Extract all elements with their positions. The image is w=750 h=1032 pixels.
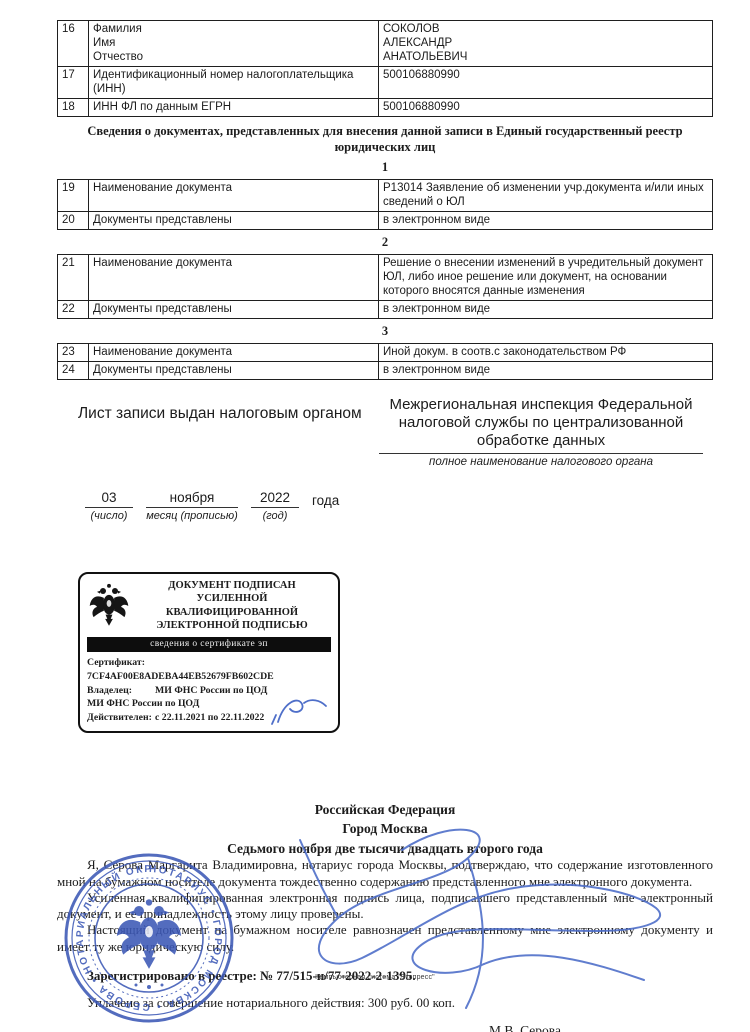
- documents-table-2: 21 Наименование документа Решение о внес…: [57, 254, 713, 319]
- cell-num: 19: [58, 180, 89, 212]
- owner-label: Владелец:: [87, 684, 155, 698]
- date-day-value: 03: [85, 490, 133, 508]
- validity-line: Действителен:с 22.11.2021 по 22.11.2022: [87, 711, 331, 725]
- cell-num: 24: [58, 362, 89, 380]
- table-row: 24 Документы представлены в электронном …: [58, 362, 713, 380]
- stamp-header: ДОКУМЕНТ ПОДПИСАН УСИЛЕННОЙ КВАЛИФИЦИРОВ…: [87, 579, 331, 634]
- cert-line: Сертификат:7CF4AF00E8ADEBA44EB52679FB602…: [87, 656, 331, 683]
- cell-value: Решение о внесении изменений в учредител…: [379, 255, 713, 301]
- date-month-caption: месяц (прописью): [146, 510, 238, 522]
- cell-value: в электронном виде: [379, 362, 713, 380]
- date-month-value: ноября: [146, 490, 238, 508]
- notary-paragraph-3: Настоящий документ на бумажном носителе …: [57, 922, 713, 955]
- table-row: 17 Идентификационный номер налогоплатель…: [58, 67, 713, 99]
- stamp-details: Сертификат:7CF4AF00E8ADEBA44EB52679FB602…: [87, 656, 331, 725]
- table-row: 19 Наименование документа Р13014 Заявлен…: [58, 180, 713, 212]
- authority-caption: полное наименование налогового органа: [379, 456, 703, 468]
- stamp-certificate-bar: сведения о сертификате эп: [87, 637, 331, 652]
- cell-label: Документы представлены: [89, 301, 379, 319]
- owner-line: Владелец:МИ ФНС России по ЦОД: [87, 684, 331, 698]
- cell-num: 22: [58, 301, 89, 319]
- table-row: 18 ИНН ФЛ по данным ЕГРН 500106880990: [58, 99, 713, 117]
- cell-num: 23: [58, 344, 89, 362]
- fee-line: Уплачено за совершение нотариального дей…: [57, 995, 713, 1011]
- date-suffix: года: [312, 490, 339, 522]
- notary-attestation: Российская Федерация Город Москва Седьмо…: [57, 801, 713, 1032]
- cell-label: ИНН ФЛ по данным ЕГРН: [89, 99, 379, 117]
- table-row: 23 Наименование документа Иной докум. в …: [58, 344, 713, 362]
- notary-paragraph-1: Я, Серова Маргарита Владимировна, нотари…: [57, 857, 713, 890]
- cell-value: Р13014 Заявление об изменении учр.докуме…: [379, 180, 713, 212]
- issued-by-label: Лист записи выдан налоговым органом: [57, 396, 379, 467]
- table-row: 16 Фамилия Имя Отчество СОКОЛОВ АЛЕКСАНД…: [58, 21, 713, 67]
- section-index: 1: [57, 160, 713, 175]
- section-index: 3: [57, 324, 713, 339]
- coat-of-arms-icon: [87, 582, 131, 630]
- authority-block: Межрегиональная инспекция Федеральной на…: [379, 396, 703, 467]
- esignature-stamp: ДОКУМЕНТ ПОДПИСАН УСИЛЕННОЙ КВАЛИФИЦИРОВ…: [78, 572, 340, 733]
- cell-num: 18: [58, 99, 89, 117]
- cell-num: 17: [58, 67, 89, 99]
- cert-value: 7CF4AF00E8ADEBA44EB52679FB602CDE: [87, 671, 274, 682]
- notary-paragraph-2: Усиленная квалифицированная электронная …: [57, 890, 713, 923]
- notary-city: Город Москва: [57, 820, 713, 838]
- authority-name: Межрегиональная инспекция Федеральной на…: [379, 396, 703, 453]
- cell-value: в электронном виде: [379, 301, 713, 319]
- cell-label: Фамилия Имя Отчество: [89, 21, 379, 67]
- cell-num: 21: [58, 255, 89, 301]
- issued-by-row: Лист записи выдан налоговым органом Межр…: [57, 396, 713, 467]
- cell-label: Документы представлены: [89, 212, 379, 230]
- validity-value: с 22.11.2021 по 22.11.2022: [155, 712, 264, 723]
- cell-num: 20: [58, 212, 89, 230]
- cell-label: Наименование документа: [89, 344, 379, 362]
- date-day-caption: (число): [85, 510, 133, 522]
- notary-date-words: Седьмого ноября две тысячи двадцать втор…: [57, 840, 713, 858]
- notary-country: Российская Федерация: [57, 801, 713, 819]
- cell-value: Иной докум. в соотв.с законодательством …: [379, 344, 713, 362]
- owner-line-2: МИ ФНС России по ЦОД: [87, 697, 331, 711]
- date-year-value: 2022: [251, 490, 299, 508]
- documents-section-header: Сведения о документах, представленных дл…: [65, 124, 705, 155]
- cell-label: Наименование документа: [89, 255, 379, 301]
- cell-value: 500106880990: [379, 67, 713, 99]
- issue-date-row: 03 (число) ноября месяц (прописью) 2022 …: [85, 490, 713, 522]
- owner-value: МИ ФНС России по ЦОД: [155, 685, 267, 696]
- documents-table-1: 19 Наименование документа Р13014 Заявлен…: [57, 179, 713, 230]
- cell-value: 500106880990: [379, 99, 713, 117]
- date-day: 03 (число): [85, 490, 133, 522]
- cell-value: в электронном виде: [379, 212, 713, 230]
- date-month: ноября месяц (прописью): [146, 490, 238, 522]
- cert-label: Сертификат:: [87, 656, 155, 670]
- cell-num: 16: [58, 21, 89, 67]
- table-row: 22 Документы представлены в электронном …: [58, 301, 713, 319]
- section-index: 2: [57, 235, 713, 250]
- documents-table-3: 23 Наименование документа Иной докум. в …: [57, 343, 713, 380]
- cell-value: СОКОЛОВ АЛЕКСАНДР АНАТОЛЬЕВИЧ: [379, 21, 713, 67]
- document-page: 16 Фамилия Имя Отчество СОКОЛОВ АЛЕКСАНД…: [0, 0, 750, 1032]
- table-row: 21 Наименование документа Решение о внес…: [58, 255, 713, 301]
- footer-system-note: Компьютерная система "Экспресс": [0, 974, 750, 981]
- table-row: 20 Документы представлены в электронном …: [58, 212, 713, 230]
- date-year: 2022 (год): [251, 490, 299, 522]
- person-table: 16 Фамилия Имя Отчество СОКОЛОВ АЛЕКСАНД…: [57, 20, 713, 117]
- cell-label: Документы представлены: [89, 362, 379, 380]
- validity-label: Действителен:: [87, 711, 155, 725]
- cell-label: Наименование документа: [89, 180, 379, 212]
- stamp-title: ДОКУМЕНТ ПОДПИСАН УСИЛЕННОЙ КВАЛИФИЦИРОВ…: [131, 579, 331, 634]
- date-year-caption: (год): [251, 510, 299, 522]
- notary-signer-name: М.В. Серова: [489, 1023, 713, 1032]
- cell-label: Идентификационный номер налогоплательщик…: [89, 67, 379, 99]
